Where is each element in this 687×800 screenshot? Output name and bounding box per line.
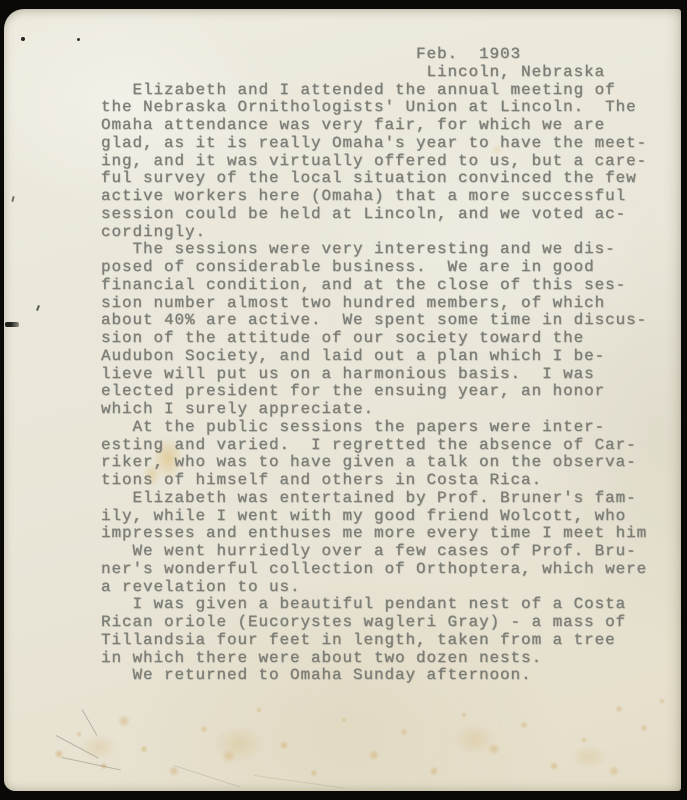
text-line: cordingly. bbox=[101, 224, 647, 242]
text-line: session could be held at Lincoln, and we… bbox=[101, 206, 647, 224]
text-line: which I surely appreciate. bbox=[101, 401, 647, 419]
text-line: Omaha attendance was very fair, for whic… bbox=[101, 117, 647, 135]
paper-sheet: Feb. 1903 Lincoln, Nebraska Elizabeth an… bbox=[4, 9, 681, 791]
text-line: in which there were about two dozen nest… bbox=[101, 650, 647, 668]
pencil-scribble bbox=[62, 757, 121, 770]
text-line: Audubon Society, and laid out a plan whi… bbox=[101, 348, 647, 366]
text-line: a revelation to us. bbox=[101, 579, 647, 597]
text-line: We went hurriedly over a few cases of Pr… bbox=[101, 543, 647, 561]
text-line: sion number almost two hundred members, … bbox=[101, 295, 647, 313]
text-line: ner's wonderful collection of Orthoptera… bbox=[101, 561, 647, 579]
text-line: At the public sessions the papers were i… bbox=[101, 419, 647, 437]
text-line: esting and varied. I regretted the absen… bbox=[101, 437, 647, 455]
text-line: glad, as it is really Omaha's year to ha… bbox=[101, 135, 647, 153]
text-line: elected president for the ensuing year, … bbox=[101, 383, 647, 401]
pencil-scribble bbox=[254, 775, 343, 789]
scan-background: Feb. 1903 Lincoln, Nebraska Elizabeth an… bbox=[0, 0, 687, 800]
text-line: about 40% are active. We spent some time… bbox=[101, 312, 647, 330]
text-line: riker, who was to have given a talk on t… bbox=[101, 454, 647, 472]
pencil-scribble bbox=[56, 735, 99, 758]
text-line: Elizabeth and I attended the annual meet… bbox=[101, 82, 647, 100]
margin-arrow-mark bbox=[5, 322, 19, 327]
text-line: the Nebraska Ornithologists' Union at Li… bbox=[101, 99, 647, 117]
text-line: ful survey of the local situation convin… bbox=[101, 170, 647, 188]
text-line: lieve will put us on a harmonious basis.… bbox=[101, 366, 647, 384]
typed-text-block: Feb. 1903 Lincoln, Nebraska Elizabeth an… bbox=[101, 46, 647, 685]
text-line: tions of himself and others in Costa Ric… bbox=[101, 472, 647, 490]
text-line: ily, while I went with my good friend Wo… bbox=[101, 508, 647, 526]
margin-tick-mark bbox=[36, 305, 40, 311]
margin-tick-mark bbox=[11, 196, 14, 202]
text-line: sion of the attitude of our society towa… bbox=[101, 330, 647, 348]
text-line: The sessions were very interesting and w… bbox=[101, 241, 647, 259]
text-line: posed of considerable business. We are i… bbox=[101, 259, 647, 277]
text-line: active workers here (Omaha) that a more … bbox=[101, 188, 647, 206]
text-line: Lincoln, Nebraska bbox=[101, 64, 647, 82]
pencil-scribble bbox=[174, 765, 241, 788]
text-line: ing, and it was virtually offered to us,… bbox=[101, 153, 647, 171]
text-line: I was given a beautiful pendant nest of … bbox=[101, 596, 647, 614]
text-line: Feb. 1903 bbox=[101, 46, 647, 64]
text-line: Rican oriole (Eucorystes wagleri Gray) -… bbox=[101, 614, 647, 632]
text-line: Elizabeth was entertained by Prof. Brune… bbox=[101, 490, 647, 508]
text-line: We returned to Omaha Sunday afternoon. bbox=[101, 667, 647, 685]
text-line: Tillandsia four feet in length, taken fr… bbox=[101, 632, 647, 650]
ink-speck bbox=[77, 38, 80, 41]
pencil-scribble bbox=[82, 709, 98, 735]
text-line: impresses and enthuses me more every tim… bbox=[101, 525, 647, 543]
ink-speck bbox=[21, 37, 25, 41]
text-line: financial condition, and at the close of… bbox=[101, 277, 647, 295]
